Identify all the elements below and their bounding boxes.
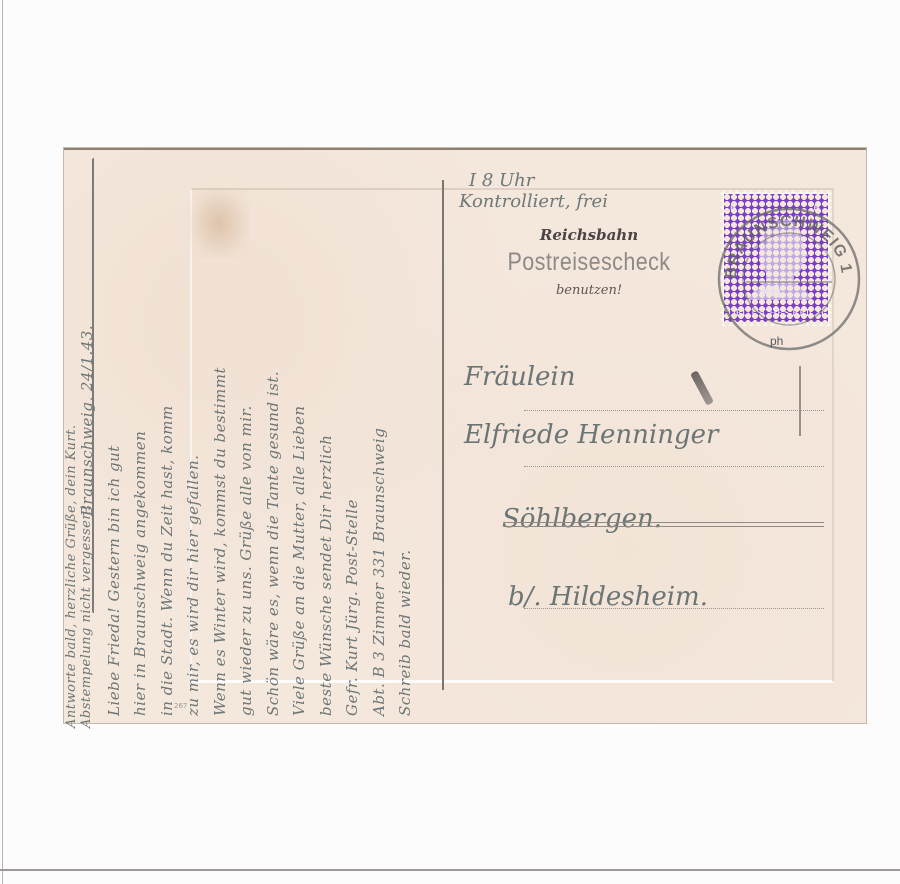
margin-text: Antworte bald, herzliche Grüße, dein Kur… [64, 148, 92, 728]
message-line: Schön wäre es, wenn die Tante gesund ist… [260, 156, 287, 716]
message-line: Schreib bald wieder. [392, 156, 419, 716]
message-line: hier in Braunschweig angekommen [127, 156, 154, 716]
note-line: Kontrolliert, frei [459, 191, 608, 212]
slogan-cancellation: Reichsbahn Postreisescheck benutzen! [459, 226, 719, 298]
margin-line: Abstempelung nicht vergessen! [79, 148, 94, 728]
message-text: Braunschweig, 24/1.43. Liebe Frieda! Ges… [74, 156, 436, 716]
address-town: Söhlbergen. [502, 504, 662, 534]
slogan-main: Postreisescheck [477, 248, 701, 277]
address-rule [524, 608, 824, 609]
slogan-bottom: benutzen! [459, 283, 719, 298]
message-line: zu mir, es wird dir hier gefallen. [180, 156, 207, 716]
message-line: Viele Grüße an die Mutter, alle Lieben [286, 156, 313, 716]
postmark-circle-icon: BRAUNSCHWEIG 1 [716, 206, 862, 352]
scan-edge-bottom [0, 869, 900, 871]
handwritten-note: I 8 Uhr Kontrolliert, frei [459, 170, 608, 212]
postmark-code: ph [770, 334, 783, 348]
printed-number: 267 [174, 702, 187, 710]
message-line: gut wieder zu uns. Grüße alle von mir. [233, 156, 260, 716]
message-line: Abt. B 3 Zimmer 331 Braunschweig [366, 156, 393, 716]
address-double-rule [504, 522, 824, 527]
message-line: in die Stadt. Wenn du Zeit hast, komm [154, 156, 181, 716]
message-line: beste Wünsche sendet Dir herzlich [313, 156, 340, 716]
note-line: I 8 Uhr [469, 170, 608, 191]
margin-line: Antworte bald, herzliche Grüße, dein Kur… [64, 148, 79, 728]
postmark-city: BRAUNSCHWEIG 1 [723, 213, 855, 280]
slogan-top: Reichsbahn [459, 226, 719, 244]
svg-text:BRAUNSCHWEIG 1: BRAUNSCHWEIG 1 [723, 213, 855, 280]
ink-mark [799, 366, 801, 436]
address-name: Elfriede Henninger [464, 420, 718, 450]
message-line: Wenn es Winter wird, kommst du bestimmt [207, 156, 234, 716]
message-line: Liebe Frieda! Gestern bin ich gut [101, 156, 128, 716]
scan-edge-left [2, 0, 3, 884]
message-line: Gefr. Kurt Jürg. Post-Stelle [339, 156, 366, 716]
address-rule [524, 466, 824, 467]
address-rule [524, 410, 824, 411]
message-area: Braunschweig, 24/1.43. Liebe Frieda! Ges… [74, 156, 436, 716]
postcard: Braunschweig, 24/1.43. Liebe Frieda! Ges… [64, 148, 866, 723]
address-salutation: Fräulein [464, 362, 575, 392]
center-divider [442, 180, 444, 690]
